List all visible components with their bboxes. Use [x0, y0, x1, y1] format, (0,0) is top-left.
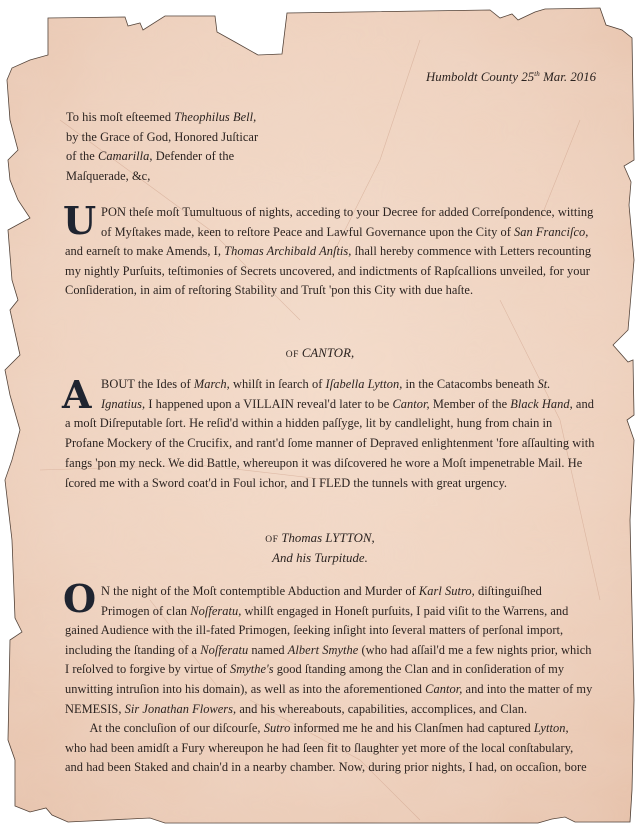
- text-line: including the ſtanding of a Noſferatu na…: [65, 643, 592, 658]
- text-run: my nightly Purſuits, teſtimonies of Secr…: [65, 264, 590, 278]
- text-run: whilſt engaged in Honeſt purſuits, I pai…: [241, 604, 568, 618]
- italic-run: Albert Smythe: [288, 643, 359, 657]
- italic-run: March,: [194, 377, 230, 391]
- text-run: N the night of the Moſt contemptible Abd…: [101, 584, 419, 598]
- text-run: Primogen of clan: [101, 604, 190, 618]
- text-line: fangs 'pon my neck. We did Battle, where…: [65, 456, 582, 471]
- text-line: by the Grace of God, Honored Juſticar: [66, 130, 258, 145]
- text-line: my nightly Purſuits, teſtimonies of Secr…: [65, 264, 590, 279]
- text-line: Profane Mockery of the Crucifix, and ran…: [65, 436, 595, 451]
- text-run: gained Audience with the ill-fated Primo…: [65, 623, 563, 637]
- dropcap-section1: A: [62, 376, 91, 414]
- text-run: in the Catacombs beneath: [402, 377, 537, 391]
- text-line: who had been amidſt a Fury whereupon he …: [65, 741, 573, 756]
- italic-run: Lytton,: [534, 721, 569, 735]
- text-run: ſcored me with a Sword coat'd in Foul ic…: [65, 476, 507, 490]
- text-run: Conſideration, in aim of reſtoring Stabi…: [65, 283, 473, 297]
- text-line: N the night of the Moſt contemptible Abd…: [101, 584, 542, 599]
- text-run: NEMESIS,: [65, 702, 125, 716]
- heading-run: Thomas LYTTON,: [281, 531, 374, 545]
- italic-run: Karl Sutro,: [419, 584, 475, 598]
- italic-run: Black Hand,: [510, 397, 573, 411]
- text-line: At the concluſion of our diſcourſe, Sutr…: [65, 721, 569, 736]
- italic-run: Theophilus Bell,: [174, 110, 256, 124]
- text-line: BOUT the Ides of March, whilſt in ſearch…: [101, 377, 550, 392]
- text-line: of Myſtakes made, keen to reſtore Peace …: [101, 225, 588, 240]
- text-run: (who had aſſail'd me a few nights prior,…: [358, 643, 591, 657]
- text-run: I happened upon a VILLAIN reveal'd later…: [145, 397, 392, 411]
- italic-run: Noſferatu: [200, 643, 248, 657]
- text-line: gained Audience with the ill-fated Primo…: [65, 623, 563, 638]
- text-line: and earneſt to make Amends, I, Thomas Ar…: [65, 244, 591, 259]
- text-run: Profane Mockery of the Crucifix, and ran…: [65, 436, 595, 450]
- text-run: named: [248, 643, 288, 657]
- text-run: I reſolved to forgive by virtue of: [65, 662, 230, 676]
- italic-run: Cantor,: [425, 682, 462, 696]
- text-run: Maſquerade, &c,: [66, 169, 150, 183]
- text-run: and his whereabouts, capabilities, accom…: [236, 702, 527, 716]
- dateline-month-year: Mar. 2016: [543, 70, 596, 84]
- text-run: and into the matter of my: [462, 682, 592, 696]
- dateline: Humboldt County 25th Mar. 2016: [426, 70, 596, 85]
- heading-run: CANTOR,: [302, 346, 354, 360]
- text-line: Primogen of clan Noſferatu, whilſt engag…: [101, 604, 568, 619]
- text-run: and: [573, 397, 594, 411]
- text-run: To his moſt eſteemed: [66, 110, 174, 124]
- heading-run: OF: [265, 535, 281, 545]
- text-line: Conſideration, in aim of reſtoring Stabi…: [65, 283, 473, 298]
- text-run: BOUT the Ides of: [101, 377, 194, 391]
- text-run: and had been Staked and chain'd in a nea…: [65, 760, 587, 774]
- italic-run: Sir Jonathan Flowers,: [125, 702, 237, 716]
- text-line: Maſquerade, &c,: [66, 169, 150, 184]
- text-run: whilſt in ſearch of: [230, 377, 326, 391]
- italic-run: Noſferatu,: [190, 604, 241, 618]
- italic-run: St.: [538, 377, 551, 391]
- dropcap-section2: O: [63, 580, 96, 618]
- text-run: who had been amidſt a Fury whereupon he …: [65, 741, 573, 755]
- text-run: , Defender of the: [149, 149, 234, 163]
- italic-run: San Franciſco,: [514, 225, 588, 239]
- text-run: PON theſe moſt Tumultuous of nights, acc…: [101, 205, 593, 219]
- text-run: a moſt Diſreputable ſort. He reſid'd wit…: [65, 416, 552, 430]
- section-subheading-turpitude: And his Turpitude.: [0, 551, 640, 566]
- italic-run: Cantor,: [392, 397, 429, 411]
- italic-run: Camarilla: [98, 149, 149, 163]
- text-line: a moſt Diſreputable ſort. He reſid'd wit…: [65, 416, 552, 431]
- text-run: informed me he and his Clanſmen had capt…: [290, 721, 534, 735]
- text-run: Member of the: [430, 397, 511, 411]
- text-run: of Myſtakes made, keen to reſtore Peace …: [101, 225, 514, 239]
- heading-run: OF: [286, 350, 302, 360]
- text-run: and earneſt to make Amends, I,: [65, 244, 224, 258]
- italic-run: Ignatius,: [101, 397, 145, 411]
- italic-run: Sutro: [264, 721, 291, 735]
- dateline-day: 25: [521, 70, 534, 84]
- text-run: At the concluſion of our diſcourſe,: [65, 721, 264, 735]
- text-line: NEMESIS, Sir Jonathan Flowers, and his w…: [65, 702, 527, 717]
- dateline-day-suffix: th: [534, 70, 540, 78]
- text-line: ſcored me with a Sword coat'd in Foul ic…: [65, 476, 507, 491]
- text-line: Ignatius, I happened upon a VILLAIN reve…: [101, 397, 594, 412]
- text-run: by the Grace of God, Honored Juſticar: [66, 130, 258, 144]
- italic-run: Thomas Archibald Anſtis,: [224, 244, 351, 258]
- text-run: good ſtanding among the Clan and in conſ…: [274, 662, 564, 676]
- text-line: and had been Staked and chain'd in a nea…: [65, 760, 587, 775]
- dateline-place: Humboldt County: [426, 70, 518, 84]
- text-line: unwitting intruſion into his domain), as…: [65, 682, 592, 697]
- text-run: fangs 'pon my neck. We did Battle, where…: [65, 456, 582, 470]
- text-line: To his moſt eſteemed Theophilus Bell,: [66, 110, 256, 125]
- italic-run: Iſabella Lytton,: [326, 377, 403, 391]
- italic-run: Smythe's: [230, 662, 274, 676]
- text-line: I reſolved to forgive by virtue of Smyth…: [65, 662, 564, 677]
- text-line: of the Camarilla, Defender of the: [66, 149, 234, 164]
- text-run: of the: [66, 149, 98, 163]
- section-heading-lytton: OF Thomas LYTTON,: [0, 531, 640, 546]
- text-run: ſhall hereby commence with Letters recou…: [351, 244, 591, 258]
- section-heading-cantor: OF CANTOR,: [0, 346, 640, 361]
- text-run: unwitting intruſion into his domain), as…: [65, 682, 425, 696]
- text-run: including the ſtanding of a: [65, 643, 200, 657]
- text-run: diſtinguiſhed: [475, 584, 542, 598]
- dropcap-intro: U: [63, 202, 96, 240]
- text-line: PON theſe moſt Tumultuous of nights, acc…: [101, 205, 593, 220]
